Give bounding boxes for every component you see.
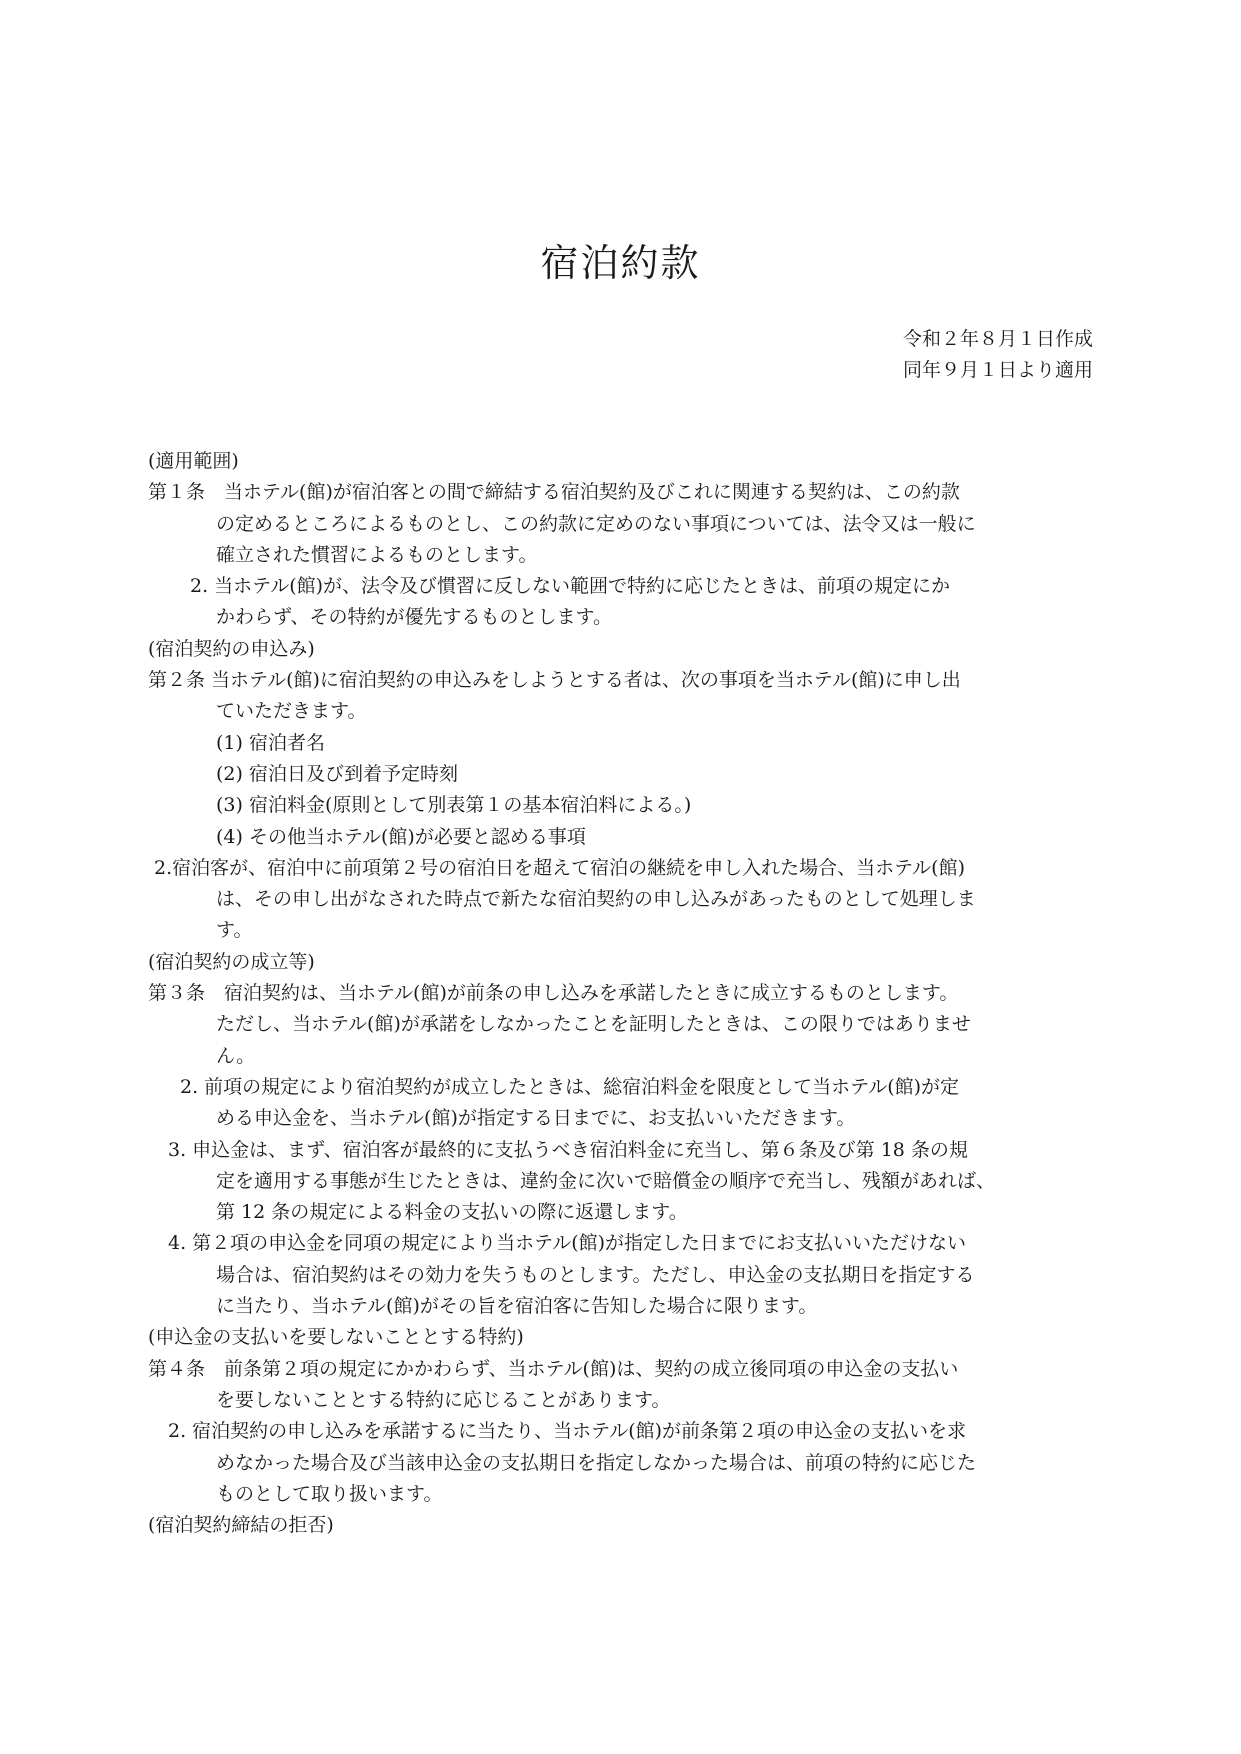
document-page: 宿泊約款 令和２年８月１日作成 同年９月１日より適用 (適用範囲)第１条 当ホテ…: [0, 0, 1241, 1754]
document-dates: 令和２年８月１日作成 同年９月１日より適用: [903, 324, 1093, 386]
text-line: を要しないこととする特約に応じることがあります。: [148, 1385, 1093, 1416]
created-date: 令和２年８月１日作成: [903, 324, 1093, 355]
text-line: す。: [148, 915, 1093, 946]
document-title: 宿泊約款: [0, 232, 1241, 287]
clause-line: 2. 当ホテル(館)が、法令及び慣習に反しない範囲で特約に応じたときは、前項の規…: [148, 571, 1093, 602]
text-line: は、その申し出がなされた時点で新たな宿泊契約の申し込みがあったものとして処理しま: [148, 884, 1093, 915]
clause-line: 2. 前項の規定により宿泊契約が成立したときは、総宿泊料金を限度として当ホテル(…: [148, 1072, 1093, 1103]
text-line: の定めるところによるものとし、この約款に定めのない事項については、法令又は一般に: [148, 509, 1093, 540]
section-heading: (適用範囲): [148, 446, 1093, 477]
effective-date: 同年９月１日より適用: [903, 355, 1093, 386]
text-line: 第 12 条の規定による料金の支払いの際に返還します。: [148, 1197, 1093, 1228]
list-item: (4) その他当ホテル(館)が必要と認める事項: [148, 822, 1093, 853]
article-line: 第４条 前条第２項の規定にかかわらず、当ホテル(館)は、契約の成立後同項の申込金…: [148, 1354, 1093, 1385]
article-line: 第３条 宿泊契約は、当ホテル(館)が前条の申し込みを承諾したときに成立するものと…: [148, 978, 1093, 1009]
list-item: (3) 宿泊料金(原則として別表第１の基本宿泊料による。): [148, 790, 1093, 821]
section-heading: (申込金の支払いを要しないこととする特約): [148, 1322, 1093, 1353]
text-line: 定を適用する事態が生じたときは、違約金に次いで賠償金の順序で充当し、残額があれば…: [148, 1166, 1093, 1197]
article-line: 第１条 当ホテル(館)が宿泊客との間で締結する宿泊契約及びこれに関連する契約は、…: [148, 477, 1093, 508]
section-heading: (宿泊契約締結の拒否): [148, 1510, 1093, 1541]
text-line: かわらず、その特約が優先するものとします。: [148, 602, 1093, 633]
text-line: ん。: [148, 1041, 1093, 1072]
clause-line: 2.宿泊客が、宿泊中に前項第２号の宿泊日を超えて宿泊の継続を申し入れた場合、当ホ…: [148, 853, 1093, 884]
text-line: めなかった場合及び当該申込金の支払期日を指定しなかった場合は、前項の特約に応じた: [148, 1448, 1093, 1479]
list-item: (1) 宿泊者名: [148, 728, 1093, 759]
text-line: に当たり、当ホテル(館)がその旨を宿泊客に告知した場合に限ります。: [148, 1291, 1093, 1322]
section-heading: (宿泊契約の成立等): [148, 947, 1093, 978]
text-line: ただし、当ホテル(館)が承諾をしなかったことを証明したときは、この限りではありま…: [148, 1009, 1093, 1040]
clause-line: 4. 第２項の申込金を同項の規定により当ホテル(館)が指定した日までにお支払いい…: [148, 1228, 1093, 1259]
clause-line: 2. 宿泊契約の申し込みを承諾するに当たり、当ホテル(館)が前条第２項の申込金の…: [148, 1416, 1093, 1447]
article-line: 第２条 当ホテル(館)に宿泊契約の申込みをしようとする者は、次の事項を当ホテル(…: [148, 665, 1093, 696]
section-heading: (宿泊契約の申込み): [148, 634, 1093, 665]
clause-line: 3. 申込金は、まず、宿泊客が最終的に支払うべき宿泊料金に充当し、第６条及び第 …: [148, 1135, 1093, 1166]
text-line: める申込金を、当ホテル(館)が指定する日までに、お支払いいただきます。: [148, 1103, 1093, 1134]
text-line: ものとして取り扱います。: [148, 1479, 1093, 1510]
list-item: (2) 宿泊日及び到着予定時刻: [148, 759, 1093, 790]
document-body: (適用範囲)第１条 当ホテル(館)が宿泊客との間で締結する宿泊契約及びこれに関連…: [148, 446, 1093, 1541]
text-line: ていただきます。: [148, 696, 1093, 727]
text-line: 場合は、宿泊契約はその効力を失うものとします。ただし、申込金の支払期日を指定する: [148, 1260, 1093, 1291]
text-line: 確立された慣習によるものとします。: [148, 540, 1093, 571]
